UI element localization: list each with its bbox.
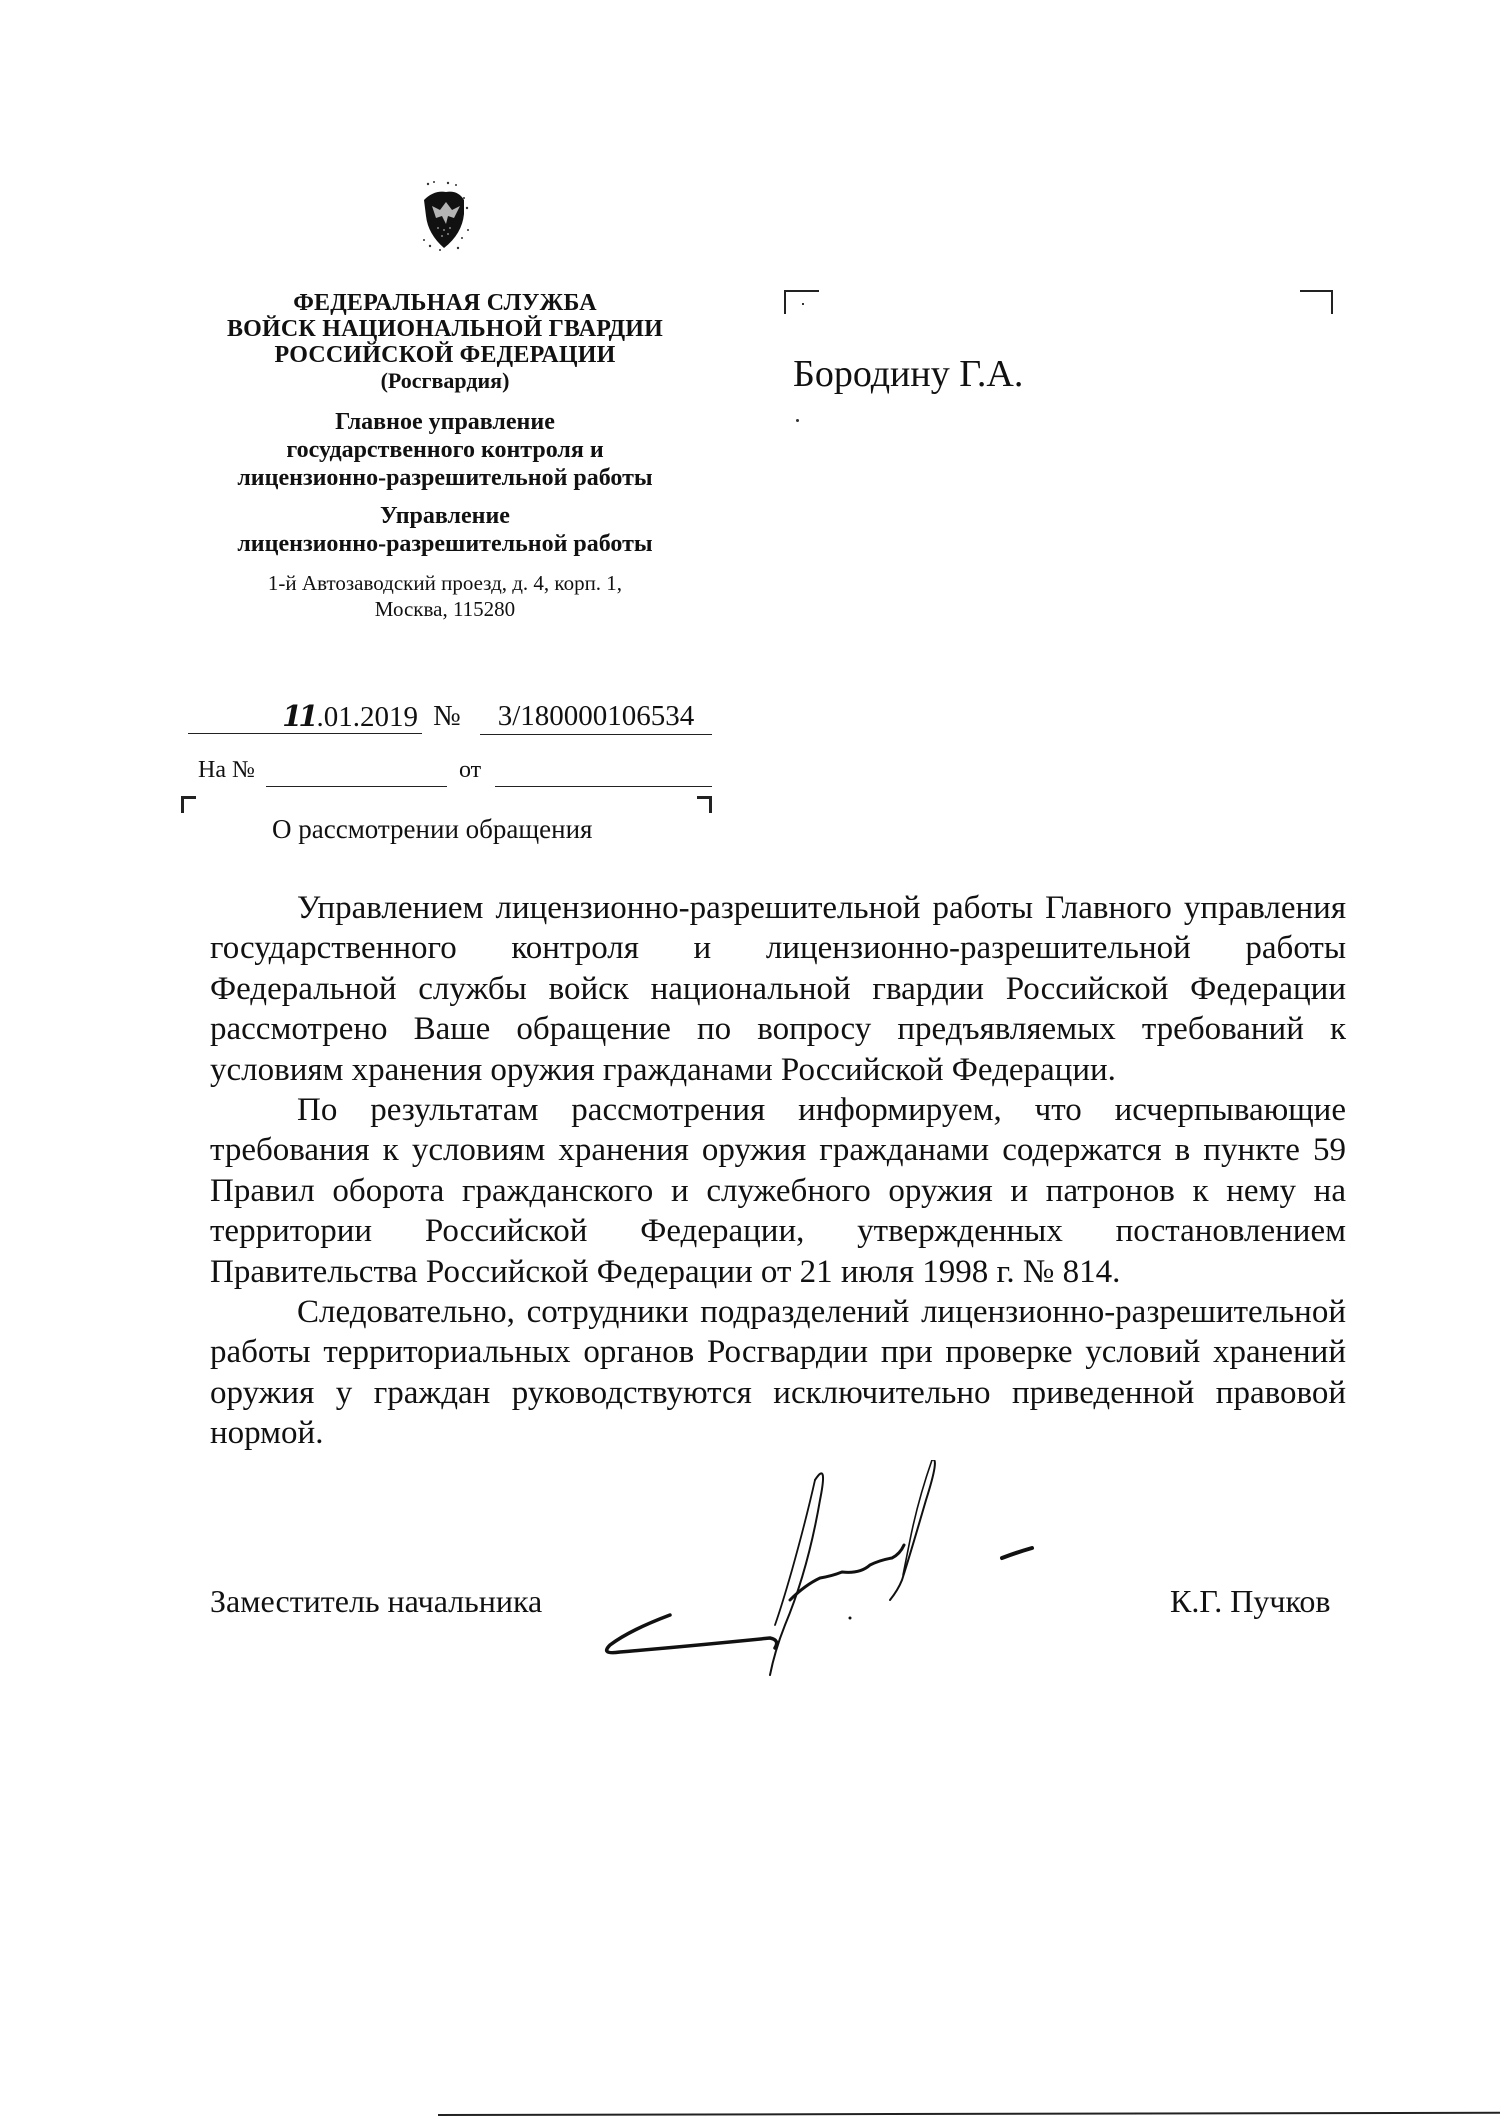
main-directorate: Главное управление государственного конт… bbox=[185, 408, 705, 492]
sender-address: 1-й Автозаводский проезд, д. 4, корп. 1,… bbox=[185, 570, 705, 622]
corner-bracket-top-left bbox=[784, 290, 819, 314]
number-sign: № bbox=[433, 698, 461, 734]
footer-rule bbox=[438, 2112, 1500, 2116]
body-paragraph: Управлением лицензионно-разрешительной р… bbox=[210, 888, 1346, 1090]
organization-name: ФЕДЕРАЛЬНАЯ СЛУЖБА ВОЙСК НАЦИОНАЛЬНОЙ ГВ… bbox=[185, 290, 705, 368]
corner-bracket-top-right bbox=[697, 796, 712, 813]
directorate: Управление лицензионно-разрешительной ра… bbox=[185, 502, 705, 558]
subject-line: О рассмотрении обращения bbox=[272, 812, 592, 846]
rosgvardia-emblem-icon bbox=[418, 178, 474, 254]
sender-header: ФЕДЕРАЛЬНАЯ СЛУЖБА ВОЙСК НАЦИОНАЛЬНОЙ ГВ… bbox=[185, 290, 705, 622]
body-paragraph: Следовательно, сотрудники подразделений … bbox=[210, 1292, 1346, 1454]
corner-bracket-top-right bbox=[1300, 290, 1333, 314]
date-rest: .01.2019 bbox=[317, 701, 419, 733]
body-paragraph: По результатам рассмотрения информируем,… bbox=[210, 1090, 1346, 1292]
document-number: 3/180000106534 bbox=[480, 698, 712, 735]
signatory-position: Заместитель начальника bbox=[210, 1582, 542, 1620]
document-date: 11.01.2019 bbox=[188, 698, 422, 734]
signatory-name: К.Г. Пучков bbox=[1170, 1582, 1330, 1620]
stray-mark bbox=[802, 303, 804, 305]
handwritten-signature-icon bbox=[570, 1460, 1130, 1690]
addressee: Бородину Г.А. bbox=[793, 352, 1023, 396]
handwritten-day: 11 bbox=[282, 699, 314, 733]
stray-mark bbox=[796, 419, 799, 422]
corner-bracket-top-left bbox=[181, 796, 196, 813]
organization-short-name: (Росгвардия) bbox=[185, 368, 705, 394]
reply-to-number-label: На № bbox=[198, 755, 255, 785]
letter-body: Управлением лицензионно-разрешительной р… bbox=[210, 888, 1346, 1454]
reply-from-date-label: от bbox=[459, 755, 481, 785]
reply-to-number-field bbox=[266, 760, 447, 787]
reply-from-date-field bbox=[495, 760, 712, 787]
